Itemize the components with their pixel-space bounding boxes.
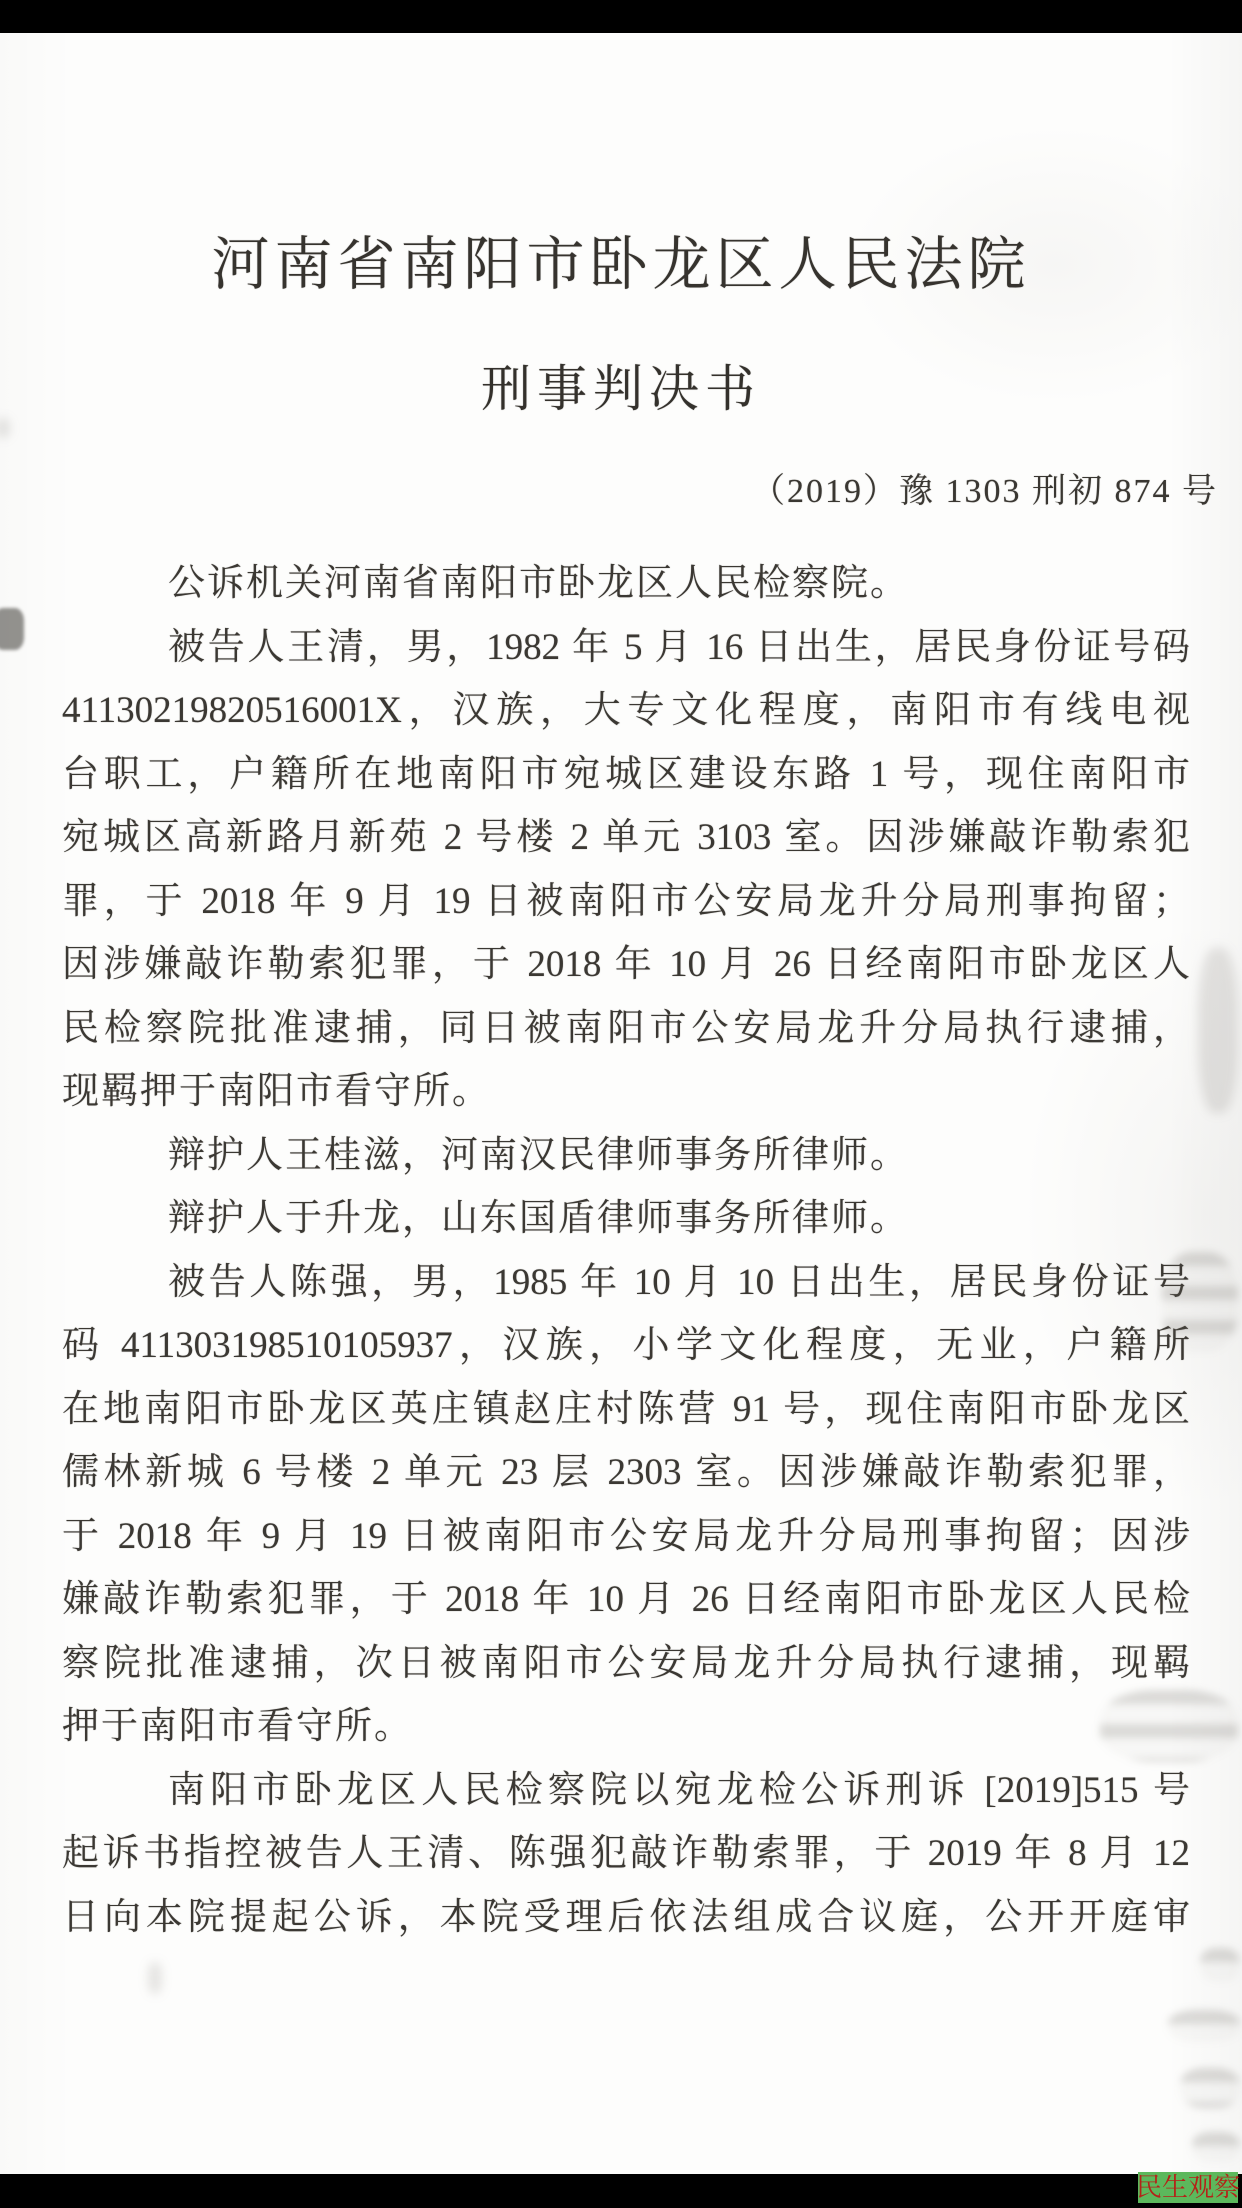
- body-line: 在地南阳市卧龙区英庄镇赵庄村陈营 91 号，现住南阳市卧龙区: [62, 1378, 1190, 1442]
- body-line: 码 411303198510105937，汉族，小学文化程度，无业，户籍所: [62, 1314, 1190, 1378]
- scanner-black-bar-bottom: [0, 2174, 1242, 2208]
- body-lines: 公诉机关河南省南阳市卧龙区人民检察院。被告人王清，男，1982 年 5 月 16…: [62, 552, 1190, 1949]
- body-line: 被告人王清，男，1982 年 5 月 16 日出生，居民身份证号码: [62, 616, 1190, 680]
- body-line: 于 2018 年 9 月 19 日被南阳市公安局龙升分局刑事拘留；因涉: [62, 1505, 1190, 1569]
- body-line: 被告人陈强，男，1985 年 10 月 10 日出生，居民身份证号: [62, 1251, 1190, 1315]
- scan-artifact: [1192, 2132, 1240, 2162]
- body-line: 罪，于 2018 年 9 月 19 日被南阳市公安局龙升分局刑事拘留；: [62, 870, 1190, 934]
- body-line: 因涉嫌敲诈勒索犯罪，于 2018 年 10 月 26 日经南阳市卧龙区人: [62, 933, 1190, 997]
- body-line: 察院批准逮捕，次日被南阳市公安局龙升分局执行逮捕，现羁: [62, 1632, 1190, 1696]
- scan-artifact: [1168, 2010, 1240, 2042]
- body-line: 公诉机关河南省南阳市卧龙区人民检察院。: [62, 552, 1190, 616]
- body-line: 辩护人王桂滋，河南汉民律师事务所律师。: [62, 1124, 1190, 1188]
- body-line: 嫌敲诈勒索犯罪，于 2018 年 10 月 26 日经南阳市卧龙区人民检: [62, 1568, 1190, 1632]
- case-number: （2019）豫 1303 刑初 874 号: [751, 470, 1218, 514]
- body-line: 宛城区高新路月新苑 2 号楼 2 单元 3103 室。因涉嫌敲诈勒索犯: [62, 806, 1190, 870]
- watermark-badge: 民生观察: [1138, 2172, 1238, 2203]
- scan-artifact: [0, 418, 10, 438]
- body-line: 儒林新城 6 号楼 2 单元 23 层 2303 室。因涉嫌敲诈勒索犯罪，: [62, 1441, 1190, 1505]
- scanned-judgment-page: { "document": { "court": "河南省南阳市卧龙区人民法院"…: [0, 0, 1242, 2208]
- body-line: 现羁押于南阳市看守所。: [62, 1060, 1190, 1124]
- body-line: 辩护人于升龙，山东国盾律师事务所律师。: [62, 1187, 1190, 1251]
- scanner-black-bar-top: [0, 0, 1242, 33]
- scan-artifact: [0, 608, 24, 650]
- body-line: 41130219820516001X，汉族，大专文化程度，南阳市有线电视: [62, 679, 1190, 743]
- body-line: 起诉书指控被告人王清、陈强犯敲诈勒索罪，于 2019 年 8 月 12: [62, 1822, 1190, 1886]
- watermark-text: 民生观察: [1136, 2172, 1240, 2203]
- body-line: 民检察院批准逮捕，同日被南阳市公安局龙升分局执行逮捕，: [62, 997, 1190, 1061]
- document-type-heading: 刑事判决书: [0, 358, 1242, 420]
- body-line: 日向本院提起公诉，本院受理后依法组成合议庭，公开开庭审: [62, 1886, 1190, 1950]
- scan-artifact: [1180, 2068, 1240, 2108]
- scan-artifact: [1198, 948, 1238, 1113]
- scan-artifact: [1200, 1948, 1240, 1982]
- court-name-title: 河南省南阳市卧龙区人民法院: [0, 228, 1242, 302]
- body-line: 台职工，户籍所在地南阳市宛城区建设东路 1 号，现住南阳市: [62, 743, 1190, 807]
- scan-artifact: [148, 1962, 162, 1994]
- body-line: 南阳市卧龙区人民检察院以宛龙检公诉刑诉 [2019]515 号: [62, 1759, 1190, 1823]
- body-line: 押于南阳市看守所。: [62, 1695, 1190, 1759]
